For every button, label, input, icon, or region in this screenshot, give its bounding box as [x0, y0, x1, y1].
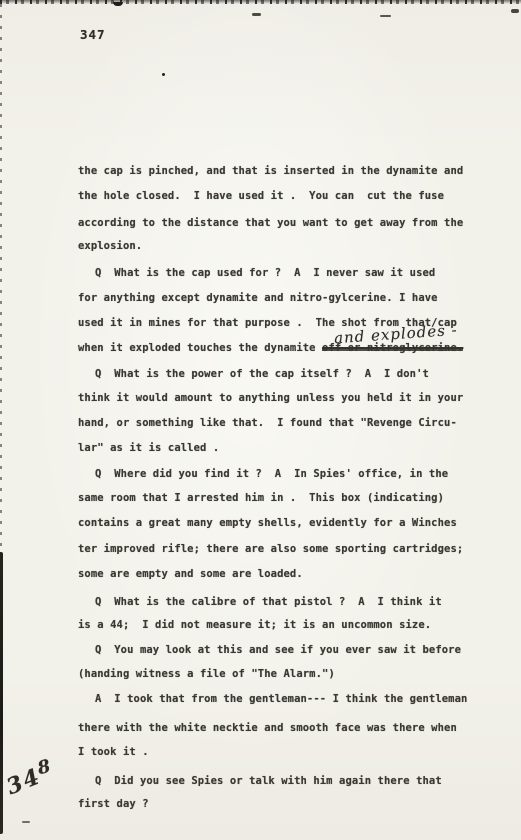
- typed-line-question: Q Did you see Spies or talk with him aga…: [95, 775, 442, 787]
- handwritten-page-number: 348: [3, 758, 58, 801]
- typed-line-question: Q Where did you find it ? A In Spies' of…: [95, 468, 448, 480]
- typed-line-with-strikeout: when it exploded touches the dynamite of…: [78, 342, 463, 354]
- scan-artifact: [511, 9, 519, 13]
- left-edge-shadow: [0, 552, 3, 834]
- typed-text: when it exploded touches the dynamite: [78, 342, 322, 354]
- typed-line-question: Q What is the power of the cap itself ? …: [95, 368, 429, 380]
- typed-line: some are empty and some are loaded.: [78, 568, 303, 580]
- ink-dot: [162, 73, 165, 76]
- scan-artifact: [252, 13, 261, 16]
- typed-line: hand, or something like that. I found th…: [78, 417, 457, 429]
- typed-line: contains a great many empty shells, evid…: [78, 517, 457, 529]
- torn-top-edge: [0, 0, 521, 4]
- left-edge-speckle: [0, 4, 2, 552]
- typed-line: (handing witness a file of "The Alarm."): [78, 668, 335, 680]
- scanned-page: 347 the cap is pinched, and that is inse…: [0, 0, 521, 840]
- typed-line: same room that I arrested him in . This …: [78, 492, 444, 504]
- typed-line-answer: A I took that from the gentleman--- I th…: [95, 693, 467, 705]
- typed-line: is a 44; I did not measure it; it is an …: [78, 619, 431, 631]
- scan-artifact: [113, 2, 123, 6]
- typed-line: first day ?: [78, 798, 149, 810]
- typed-line: the hole closed. I have used it . You ca…: [78, 190, 444, 202]
- typed-line: the cap is pinched, and that is inserted…: [78, 165, 463, 177]
- typed-line-question: Q You may look at this and see if you ev…: [95, 644, 461, 656]
- typed-line: for anything except dynamite and nitro-g…: [78, 292, 438, 304]
- scan-artifact: [22, 821, 30, 823]
- typed-line: I took it .: [78, 746, 149, 758]
- typed-line: there with the white necktie and smooth …: [78, 722, 457, 734]
- typed-line: explosion.: [78, 240, 142, 252]
- typed-line: ter improved rifle; there are also some …: [78, 543, 463, 555]
- typed-line: lar" as it is called .: [78, 442, 219, 454]
- typed-line: according to the distance that you want …: [78, 217, 463, 229]
- page-number: 347: [80, 27, 106, 42]
- typed-line-question: Q What is the calibre of that pistol ? A…: [95, 596, 442, 608]
- scan-artifact: [380, 15, 391, 17]
- typed-line: think it would amount to anything unless…: [78, 392, 463, 404]
- typed-line-question: Q What is the cap used for ? A I never s…: [95, 267, 435, 279]
